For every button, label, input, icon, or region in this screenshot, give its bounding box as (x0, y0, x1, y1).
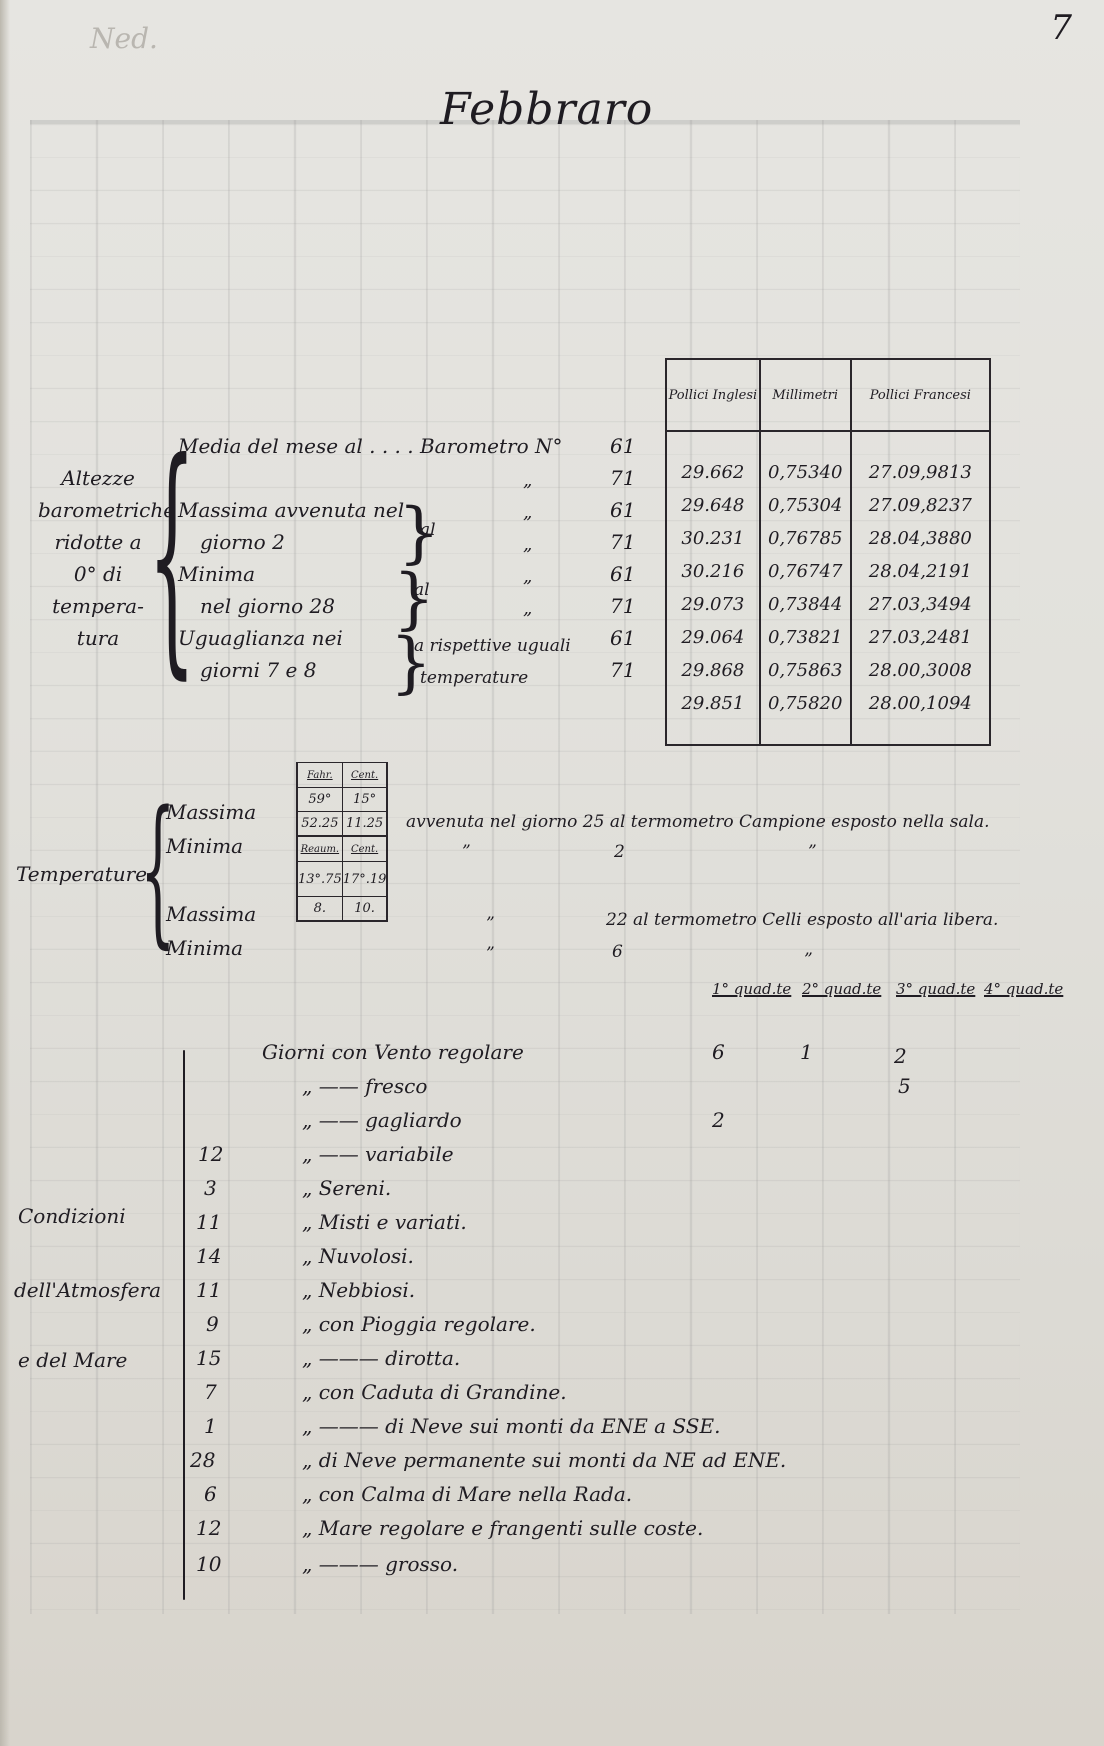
temperature-table: Fahr.Cent. 59°15° 52.2511.25 Reaum.Cent.… (296, 762, 388, 922)
condition-text: „ ——— dirotta. (302, 1346, 460, 1370)
ditto-mark: ” (486, 914, 495, 934)
brace-al: al (420, 520, 436, 540)
ditto-mark: „ (523, 566, 532, 587)
cell: 13°.75 (297, 862, 342, 897)
label-line: tura (38, 622, 158, 654)
ditto-mark: „ (523, 470, 532, 491)
ditto-mark: ” (804, 950, 813, 970)
condition-text: „ con Pioggia regolare. (302, 1312, 536, 1336)
table-row: 29.8510,7582028.00,1094 (666, 687, 990, 720)
temperature-section-label: Temperature (16, 862, 147, 886)
wind-row-text: „ —— variabile (302, 1142, 454, 1166)
row-count: 6 (204, 1482, 217, 1506)
conditions-label-line: Condizioni (18, 1204, 126, 1228)
ditto-mark: ” (808, 842, 817, 862)
barometer-number: 61 (610, 434, 635, 458)
label-line: 0° di (38, 558, 158, 590)
cell: 0,75820 (760, 687, 851, 720)
cell: 8. (297, 897, 342, 922)
col-header: Reaum. (297, 836, 342, 862)
cell: 30.216 (666, 555, 760, 588)
cell: 0,73821 (760, 621, 851, 654)
qualifier: a rispettive uguali (414, 636, 571, 656)
condition-text: „ di Neve permanente sui monti da NE ad … (302, 1448, 786, 1472)
quad-value: 2 (712, 1108, 725, 1132)
barometric-table: Pollici Inglesi Millimetri Pollici Franc… (665, 358, 991, 746)
pad (851, 720, 990, 745)
bar-row-desc: giorno 2 (200, 530, 285, 554)
cell: 28.00,3008 (851, 654, 990, 687)
cell: 10. (342, 897, 387, 922)
table-row: 29.0640,7382127.03,2481 (666, 621, 990, 654)
bar-row-desc: Media del mese al . . . . Barometro N° (178, 434, 563, 458)
col-header: Millimetri (760, 359, 851, 431)
temp-day: 6 (612, 942, 623, 962)
conditions-label-line: e del Mare (18, 1348, 127, 1372)
cell: 17°.19 (342, 862, 387, 897)
temp-row-label: Massima (166, 902, 256, 926)
bar-row-desc: Uguaglianza nei (178, 626, 343, 650)
row-count: 12 (198, 1142, 223, 1166)
cell: 0,75863 (760, 654, 851, 687)
label-line: barometriche (38, 494, 158, 526)
cell: 59° (297, 788, 342, 812)
bar-row-desc: nel giorno 28 (200, 594, 335, 618)
cell: 29.662 (666, 456, 760, 489)
cell: 0,76785 (760, 522, 851, 555)
barometer-number: 61 (610, 498, 635, 522)
table-row: 29.6620,7534027.09,9813 (666, 456, 990, 489)
cell: 30.231 (666, 522, 760, 555)
quad-value: 6 (712, 1040, 725, 1064)
row-count: 12 (196, 1516, 221, 1540)
ledger-page: Ned. 7 Febbraro Altezze barometriche rid… (0, 0, 1104, 1746)
table-row: 30.2310,7678528.04,3880 (666, 522, 990, 555)
row-count: 28 (190, 1448, 215, 1472)
cell: 27.03,3494 (851, 588, 990, 621)
quad-value: 1 (800, 1040, 813, 1064)
col-header: Pollici Inglesi (666, 359, 760, 431)
cell: 29.064 (666, 621, 760, 654)
wind-row-text: Giorni con Vento regolare (262, 1040, 524, 1064)
pad (760, 431, 851, 456)
ditto-mark: ” (462, 842, 471, 862)
row-count: 3 (204, 1176, 217, 1200)
condition-text: „ Nebbiosi. (302, 1278, 415, 1302)
temp-note: avvenuta nel giorno 25 al termometro Cam… (406, 812, 990, 832)
col-header: Fahr. (297, 763, 342, 788)
barometer-number: 71 (610, 466, 635, 490)
condition-text: „ con Calma di Mare nella Rada. (302, 1482, 632, 1506)
cell: 29.073 (666, 588, 760, 621)
barometric-section-label: Altezze barometriche ridotte a 0° di tem… (38, 462, 158, 654)
cell: 29.868 (666, 654, 760, 687)
cell: 15° (342, 788, 387, 812)
cell: 27.09,8237 (851, 489, 990, 522)
ditto-mark: „ (523, 534, 532, 555)
page-edge (0, 0, 10, 1746)
pad (851, 431, 990, 456)
cell: 27.09,9813 (851, 456, 990, 489)
temp-row-label: Minima (166, 936, 243, 960)
condition-text: „ Mare regolare e frangenti sulle coste. (302, 1516, 703, 1540)
cell: 29.851 (666, 687, 760, 720)
temp-row-label: Massima (166, 800, 256, 824)
left-brace-line (183, 1050, 185, 1600)
condition-text: „ Sereni. (302, 1176, 391, 1200)
pad (760, 720, 851, 745)
wind-row-text: „ —— gagliardo (302, 1108, 462, 1132)
pad (666, 720, 760, 745)
condition-text: „ con Caduta di Grandine. (302, 1380, 567, 1404)
cell: 28.00,1094 (851, 687, 990, 720)
row-count: 11 (196, 1278, 221, 1302)
cell: 28.04,3880 (851, 522, 990, 555)
cell: 52.25 (297, 812, 342, 837)
col-header: Pollici Francesi (851, 359, 990, 431)
label-line: ridotte a (38, 526, 158, 558)
barometer-number: 61 (610, 562, 635, 586)
cell: 0,75340 (760, 456, 851, 489)
quadrant-header: 3° quad.te (896, 980, 975, 998)
row-count: 7 (204, 1380, 217, 1404)
barometer-number: 71 (610, 658, 635, 682)
label-line: Altezze (38, 462, 158, 494)
bar-row-desc: Massima avvenuta nel (178, 498, 404, 522)
ditto-mark: ” (486, 944, 495, 964)
quad-value: 5 (898, 1074, 911, 1098)
wind-row-text: „ —— fresco (302, 1074, 427, 1098)
temp-note: 22 al termometro Celli esposto all'aria … (606, 910, 998, 930)
conditions-label-line: dell'Atmosfera (14, 1278, 161, 1302)
cell: 29.648 (666, 489, 760, 522)
bar-row-desc: giorni 7 e 8 (200, 658, 316, 682)
quadrant-header: 1° quad.te (712, 980, 791, 998)
quad-value: 2 (894, 1044, 907, 1068)
quadrant-header: 4° quad.te (984, 980, 1063, 998)
table-row: 29.8680,7586328.00,3008 (666, 654, 990, 687)
archive-mark: Ned. (90, 22, 158, 55)
row-count: 14 (196, 1244, 221, 1268)
barometer-number: 71 (610, 594, 635, 618)
barometer-number: 61 (610, 626, 635, 650)
page-number: 7 (1050, 8, 1072, 48)
table-row: 29.6480,7530427.09,8237 (666, 489, 990, 522)
row-count: 9 (206, 1312, 219, 1336)
condition-text: „ Nuvolosi. (302, 1244, 414, 1268)
brace-al: al (414, 580, 430, 600)
condition-text: „ Misti e variati. (302, 1210, 467, 1234)
condition-text: „ ——— grosso. (302, 1552, 458, 1576)
row-count: 1 (204, 1414, 217, 1438)
qualifier: temperature (420, 668, 528, 688)
ditto-mark: „ (523, 598, 532, 619)
label-line: tempera- (38, 590, 158, 622)
page-title: Febbraro (440, 84, 653, 135)
row-count: 10 (196, 1552, 221, 1576)
temp-day: 2 (614, 842, 625, 862)
cell: 28.04,2191 (851, 555, 990, 588)
ditto-mark: „ (523, 502, 532, 523)
barometer-number: 71 (610, 530, 635, 554)
quadrant-header: 2° quad.te (802, 980, 881, 998)
cell: 27.03,2481 (851, 621, 990, 654)
cell: 0,75304 (760, 489, 851, 522)
cell: 0,73844 (760, 588, 851, 621)
cell: 0,76747 (760, 555, 851, 588)
row-count: 15 (196, 1346, 221, 1370)
table-row: 29.0730,7384427.03,3494 (666, 588, 990, 621)
condition-text: „ ——— di Neve sui monti da ENE a SSE. (302, 1414, 720, 1438)
row-count: 11 (196, 1210, 221, 1234)
temp-row-label: Minima (166, 834, 243, 858)
pad (666, 431, 760, 456)
table-row: 30.2160,7674728.04,2191 (666, 555, 990, 588)
col-header: Cent. (342, 763, 387, 788)
cell: 11.25 (342, 812, 387, 837)
col-header: Cent. (342, 836, 387, 862)
bar-row-desc: Minima (178, 562, 255, 586)
